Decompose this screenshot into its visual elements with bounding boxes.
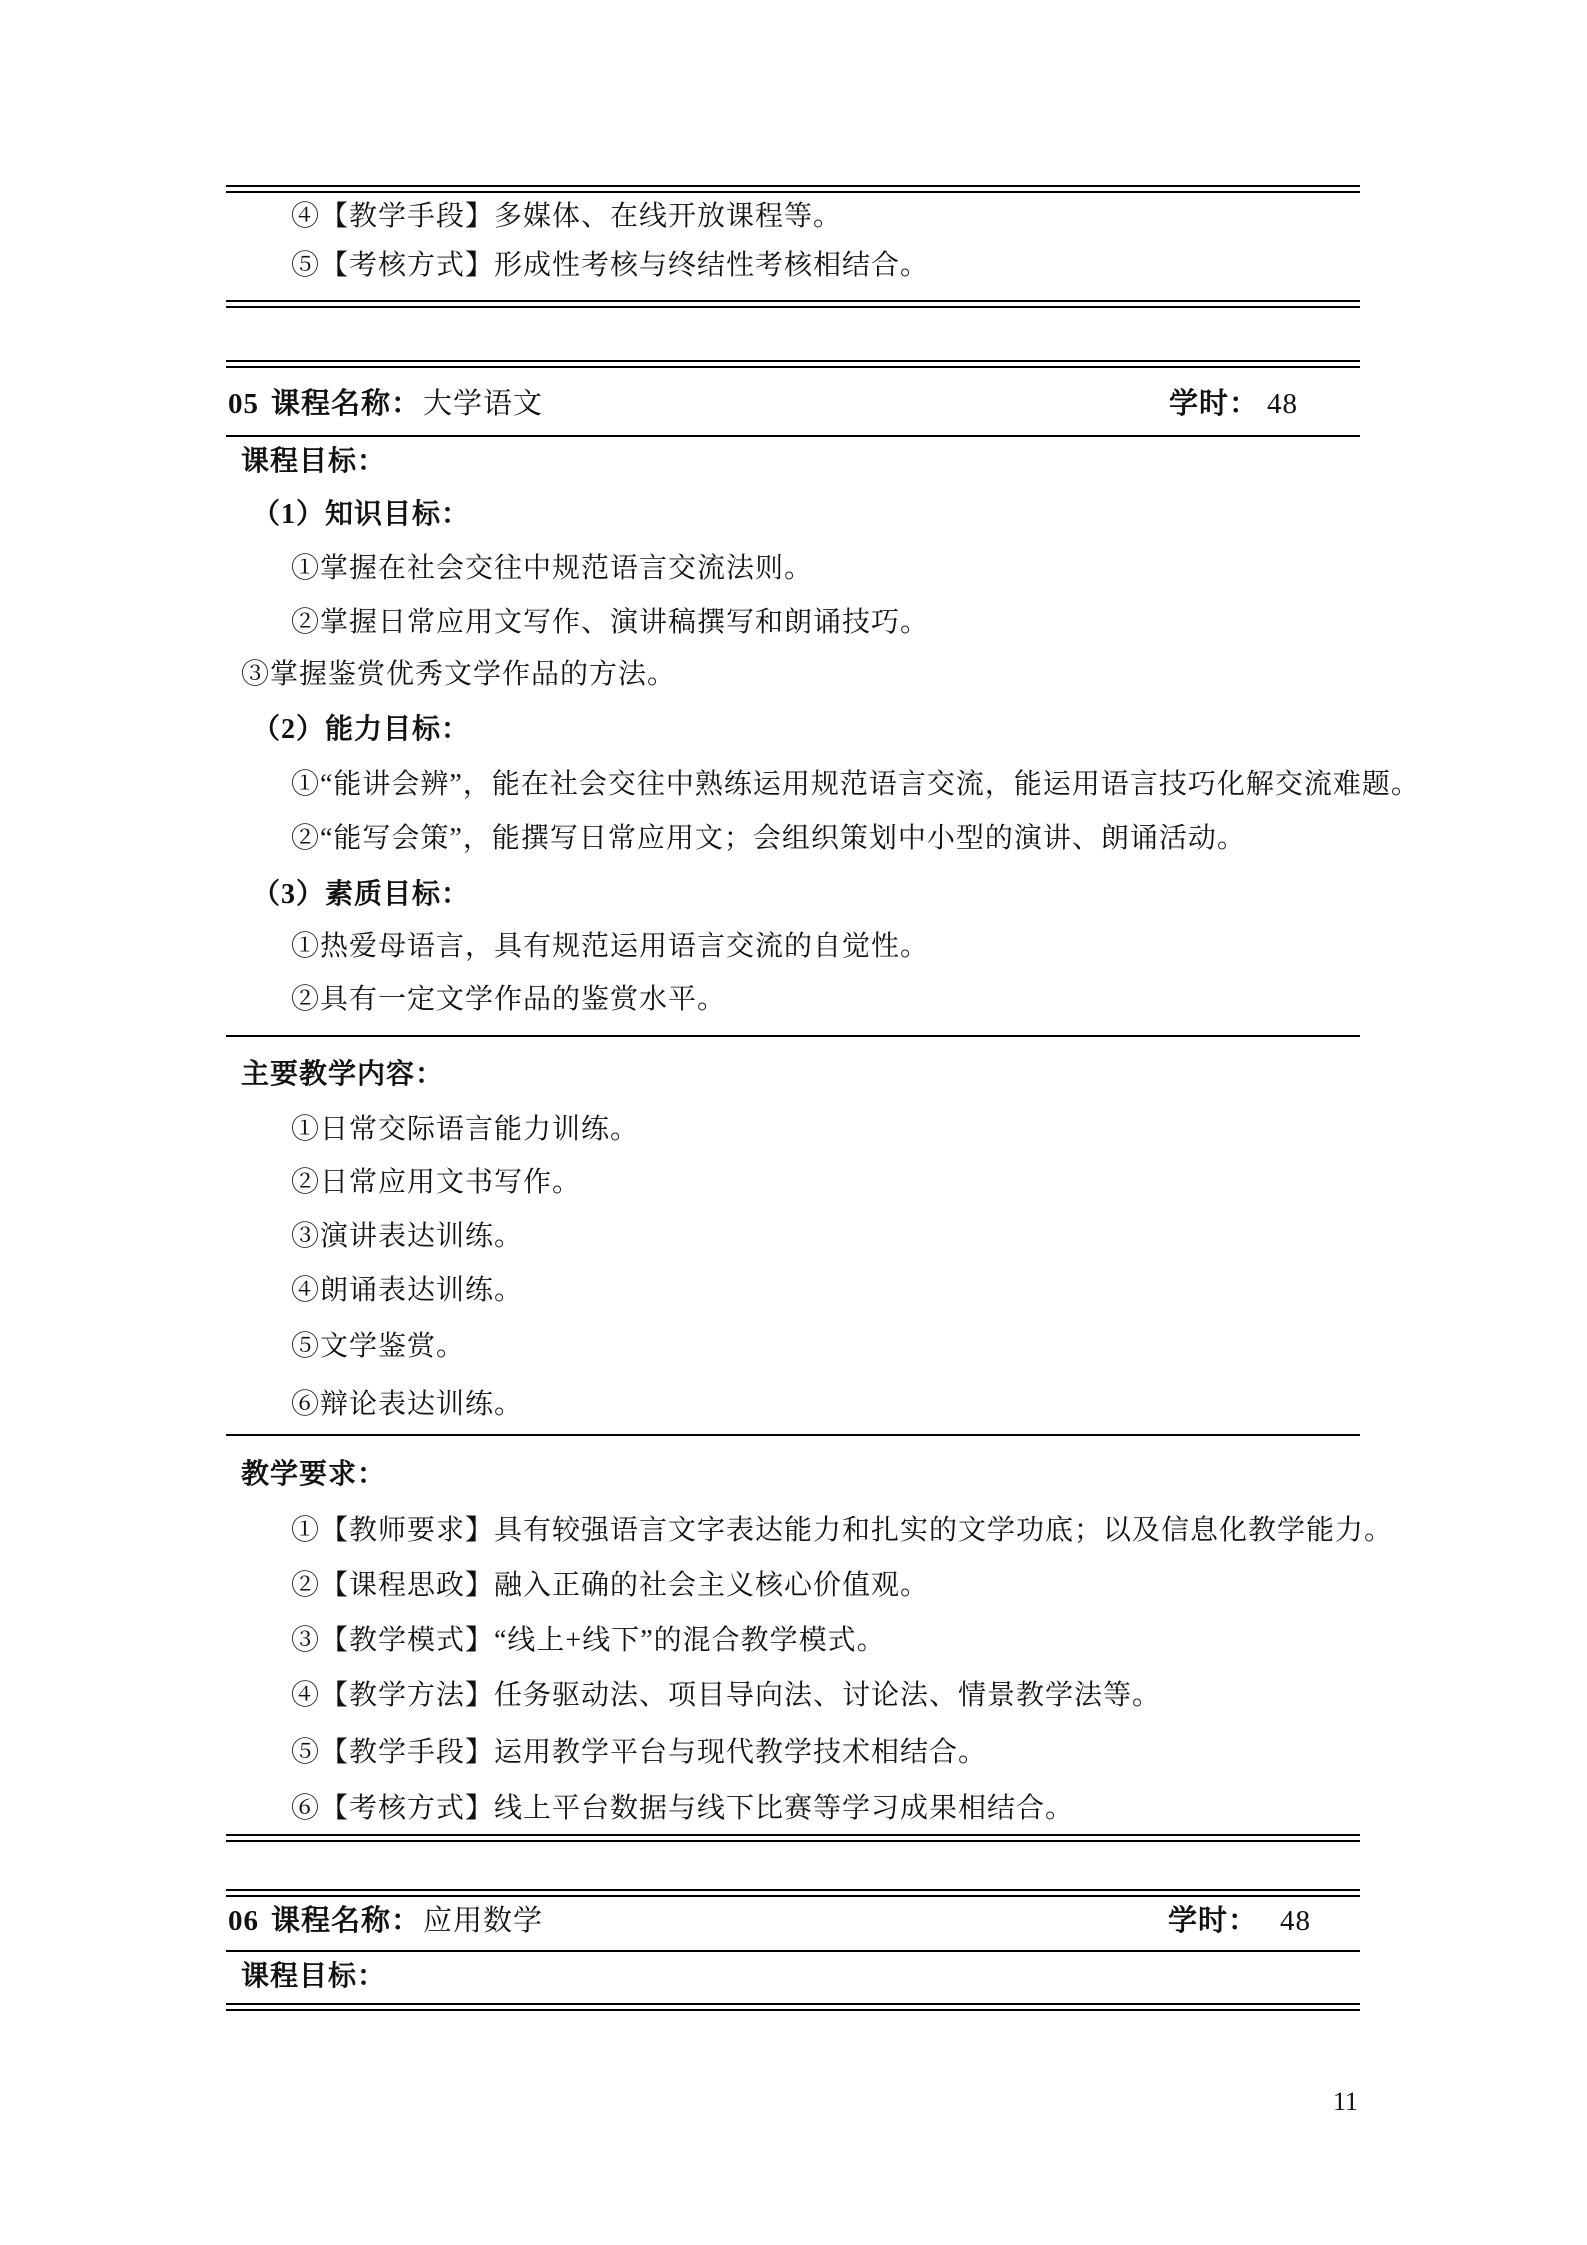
section-divider xyxy=(226,2003,1360,2011)
section-divider xyxy=(226,300,1360,308)
header-divider xyxy=(226,435,1360,437)
document-page: ④【教学手段】多媒体、在线开放课程等。 ⑤【考核方式】形成性考核与终结性考核相结… xyxy=(0,0,1587,2245)
list-item: ③掌握鉴赏优秀文学作品的方法。 xyxy=(241,658,676,692)
section-heading-requirements: 教学要求： xyxy=(241,1458,386,1492)
course-06-hours: 学时：48 xyxy=(1168,1903,1311,1939)
list-item: ④【教学手段】多媒体、在线开放课程等。 xyxy=(291,200,842,234)
goal-heading-knowledge: （1）知识目标： xyxy=(252,498,470,532)
list-item: ⑤【教学手段】运用教学平台与现代教学技术相结合。 xyxy=(291,1736,987,1770)
list-item: ①掌握在社会交往中规范语言交流法则。 xyxy=(291,552,813,586)
section-divider xyxy=(226,1035,1360,1037)
section-divider xyxy=(226,1434,1360,1436)
list-item: ①热爱母语言，具有规范运用语言交流的自觉性。 xyxy=(291,930,929,964)
section-heading-contents: 主要教学内容： xyxy=(241,1058,444,1092)
list-item: ⑤【考核方式】形成性考核与终结性考核相结合。 xyxy=(291,249,929,283)
course-05-title: 05课程名称：大学语文 xyxy=(228,386,543,422)
hours-value: 48 xyxy=(1267,388,1298,420)
list-item: ②具有一定文学作品的鉴赏水平。 xyxy=(291,983,726,1017)
list-item: ②【课程思政】融入正确的社会主义核心价值观。 xyxy=(291,1569,929,1603)
list-item: ⑥【考核方式】线上平台数据与线下比赛等学习成果相结合。 xyxy=(291,1792,1074,1826)
list-item: ⑥辩论表达训练。 xyxy=(291,1388,523,1422)
course-code: 06 xyxy=(228,1905,259,1937)
list-item: ②日常应用文书写作。 xyxy=(291,1166,581,1200)
page-number: 11 xyxy=(1333,2085,1358,2119)
section-heading-goals: 课程目标： xyxy=(241,1960,386,1994)
course-name: 大学语文 xyxy=(423,388,543,420)
goal-heading-ability: （2）能力目标： xyxy=(252,713,470,747)
course-name-label: 课程名称： xyxy=(271,388,421,420)
hours-label: 学时： xyxy=(1168,1905,1258,1937)
list-item: ①“能讲会辨”，能在社会交往中熟练运用规范语言交流，能运用语言技巧化解交流难题。 xyxy=(291,768,1420,802)
list-item: ①日常交际语言能力训练。 xyxy=(291,1113,639,1147)
course-06-title: 06课程名称：应用数学 xyxy=(228,1903,543,1939)
list-item: ③【教学模式】“线上+线下”的混合教学模式。 xyxy=(291,1624,886,1658)
course-05-hours: 学时：48 xyxy=(1169,386,1298,422)
hours-value: 48 xyxy=(1280,1905,1311,1937)
course-name-label: 课程名称： xyxy=(271,1905,421,1937)
section-heading-goals: 课程目标： xyxy=(241,445,386,479)
list-item: ④朗诵表达训练。 xyxy=(291,1274,523,1308)
list-item: ⑤文学鉴赏。 xyxy=(291,1330,465,1364)
course-name: 应用数学 xyxy=(423,1905,543,1937)
list-item: ①【教师要求】具有较强语言文字表达能力和扎实的文学功底；以及信息化教学能力。 xyxy=(291,1514,1393,1548)
header-divider xyxy=(226,1950,1360,1952)
section-divider xyxy=(226,1834,1360,1842)
list-item: ③演讲表达训练。 xyxy=(291,1220,523,1254)
goal-heading-quality: （3）素质目标： xyxy=(252,878,470,912)
list-item: ②掌握日常应用文写作、演讲稿撰写和朗诵技巧。 xyxy=(291,606,929,640)
section-divider xyxy=(226,360,1360,368)
hours-label: 学时： xyxy=(1169,388,1259,420)
section-divider-top xyxy=(226,185,1360,193)
list-item: ④【教学方法】任务驱动法、项目导向法、讨论法、情景教学法等。 xyxy=(291,1679,1161,1713)
course-code: 05 xyxy=(228,388,259,420)
section-divider xyxy=(226,1889,1360,1897)
list-item: ②“能写会策”，能撰写日常应用文；会组织策划中小型的演讲、朗诵活动。 xyxy=(291,822,1246,856)
